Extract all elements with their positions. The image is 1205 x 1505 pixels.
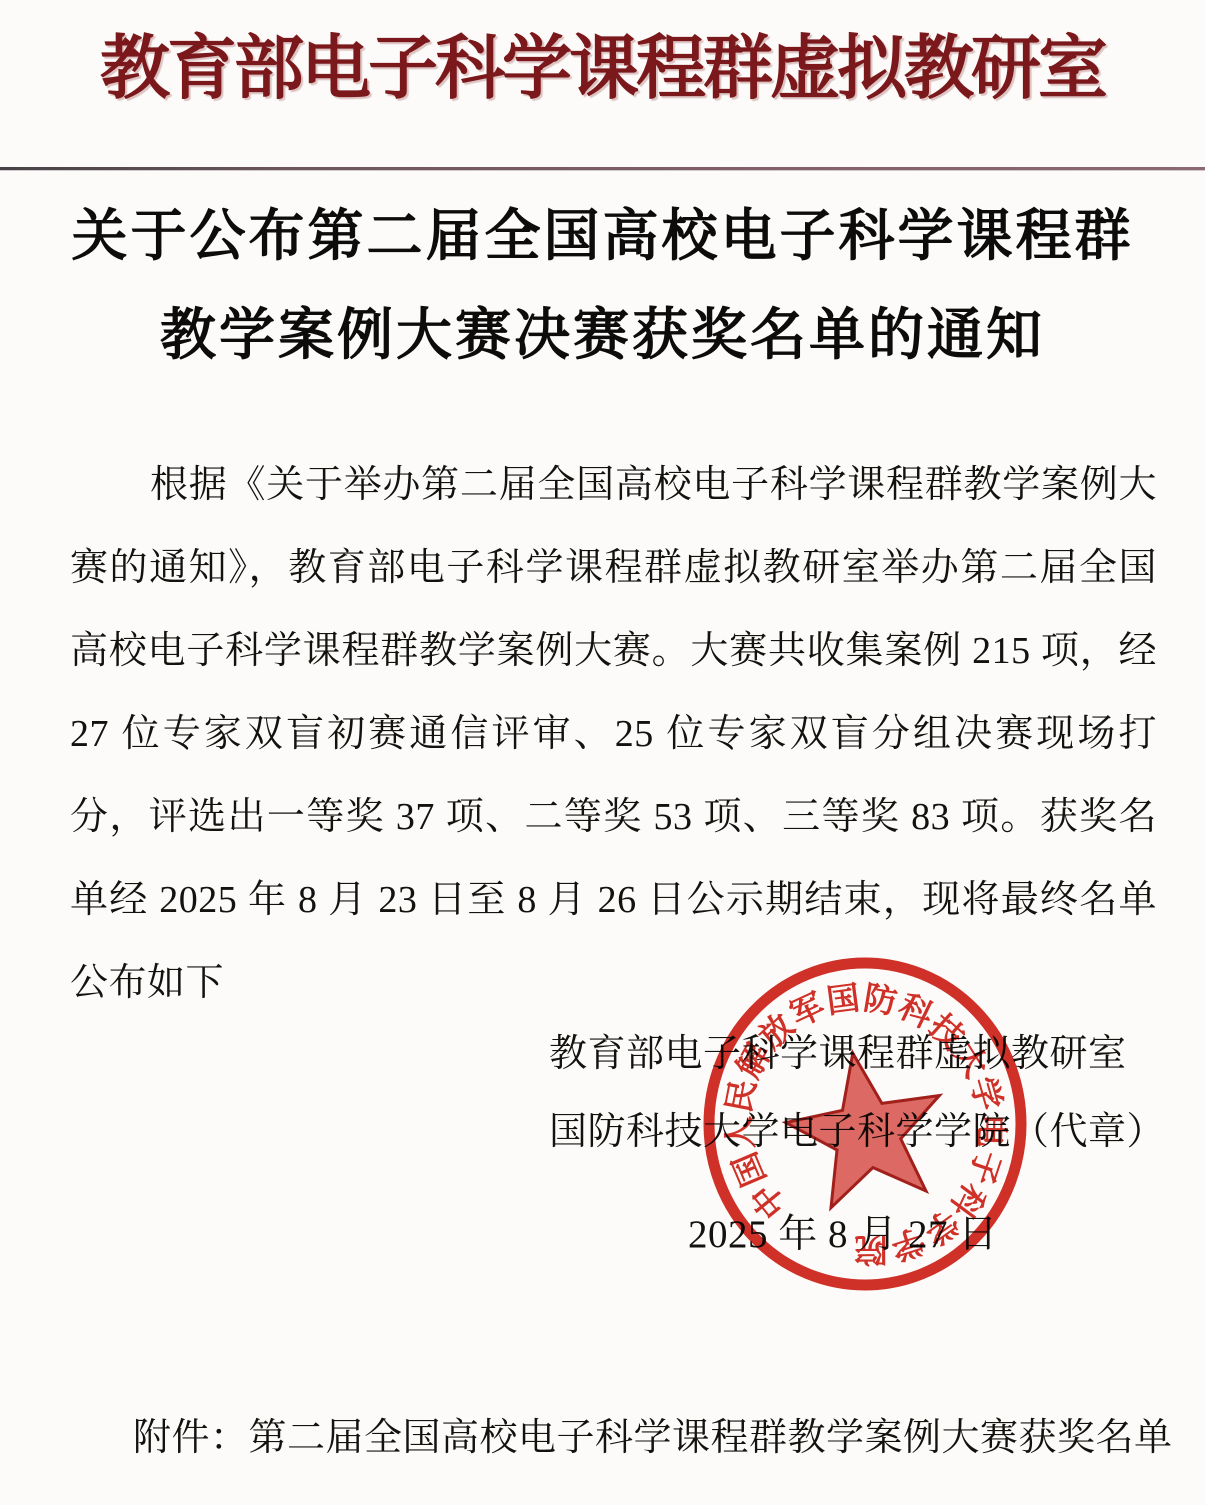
attachment-note: 附件：第二届全国高校电子科学课程群教学案例大赛获奖名单 bbox=[133, 1406, 1173, 1461]
stamp-star-icon bbox=[786, 1053, 940, 1208]
official-seal-stamp: 中国人民解放军国防科技大学电子科学学院 bbox=[695, 956, 1035, 1296]
notice-title: 关于公布第二届全国高校电子科学课程群 教学案例大赛决赛获奖名单的通知 bbox=[0, 186, 1205, 384]
letterhead-divider bbox=[0, 167, 1205, 170]
notice-page: 教育部电子科学课程群虚拟教研室 关于公布第二届全国高校电子科学课程群 教学案例大… bbox=[0, 0, 1205, 1505]
notice-title-line2: 教学案例大赛决赛获奖名单的通知 bbox=[0, 285, 1205, 384]
body-paragraph: 根据《关于举办第二届全国高校电子科学课程群教学案例大赛的通知》，教育部电子科学课… bbox=[70, 444, 1157, 1025]
letterhead-title: 教育部电子科学课程群虚拟教研室 bbox=[0, 12, 1205, 113]
notice-title-line1: 关于公布第二届全国高校电子科学课程群 bbox=[0, 186, 1205, 285]
